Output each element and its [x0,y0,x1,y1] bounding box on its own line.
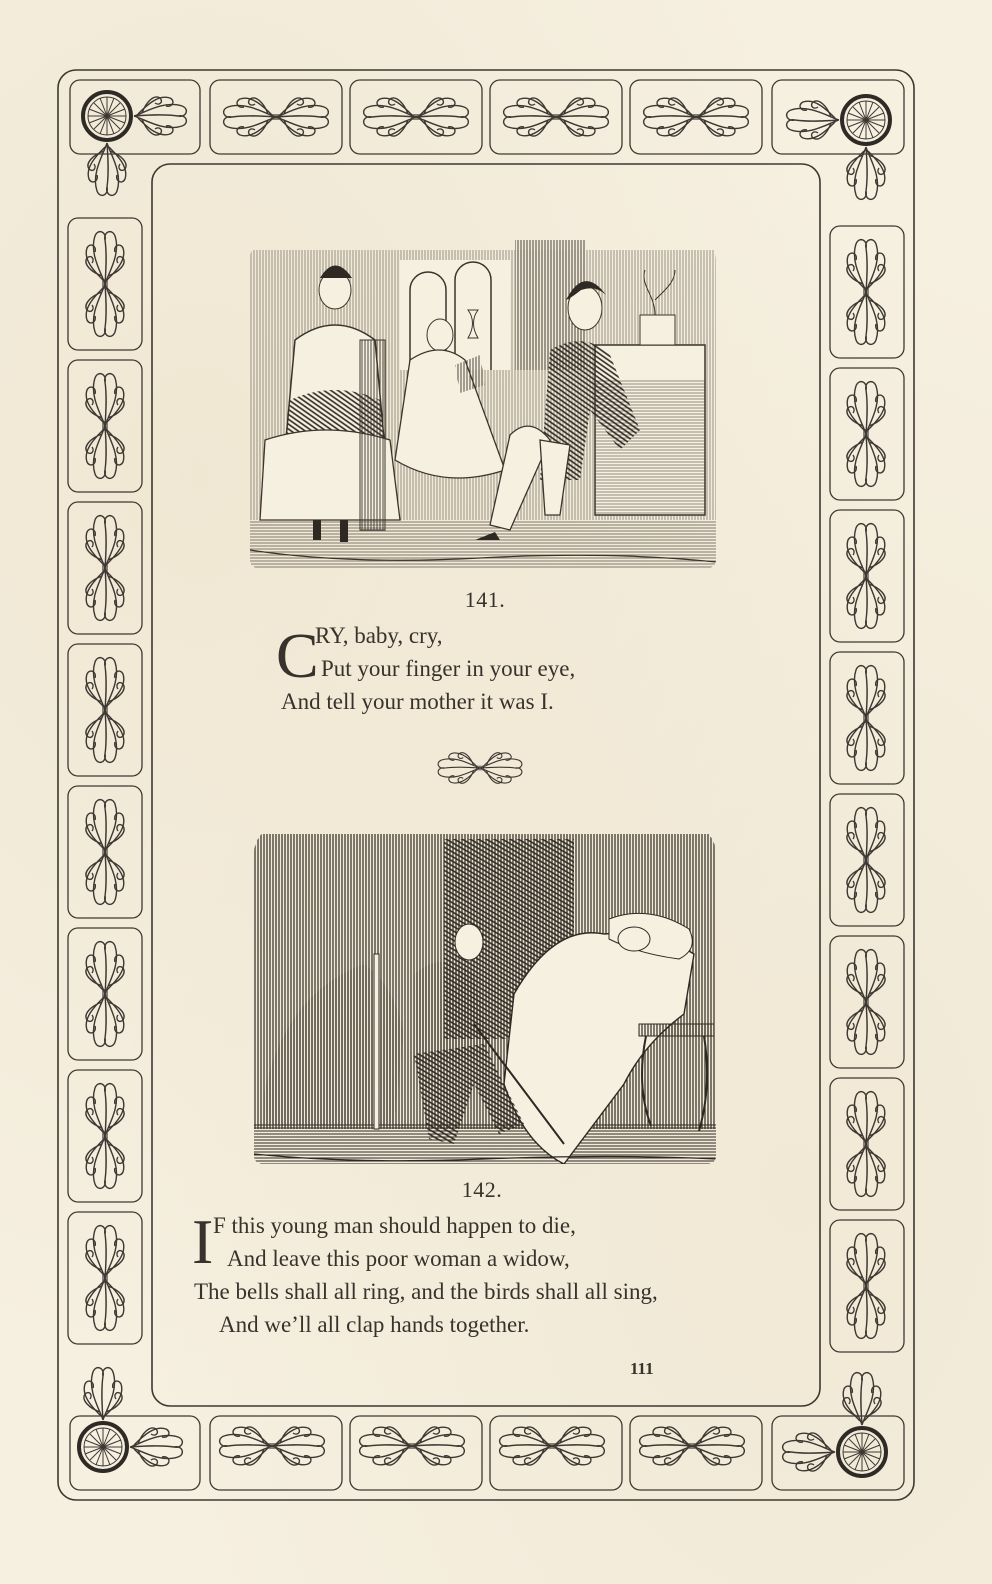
verse-line: And leave this poor woman a widow, [227,1243,570,1276]
corner-bottom-right [783,1373,886,1476]
verse-line: Put your finger in your eye, [321,653,575,686]
corner-top-right [787,96,890,199]
verse-line: And we’ll all clap hands together. [219,1309,529,1342]
corner-top-left [83,92,186,195]
verse-line: And tell your mother it was I. [281,686,554,719]
rhyme-number-142: 142. [382,1177,582,1203]
drop-cap: C [276,624,319,688]
verse-line: F this young man should happen to die, [213,1210,576,1243]
drop-cap: I [192,1210,213,1274]
corner-bottom-left [79,1368,182,1471]
divider-ornament [438,753,522,783]
illustration-141 [250,230,716,568]
woodcut-interior-icon [250,230,716,568]
page-number: 111 [630,1359,654,1379]
verse-line: The bells shall all ring, and the birds … [194,1276,658,1309]
illustration-142 [254,824,716,1164]
verse-line: RY, baby, cry, [315,620,443,653]
rhyme-number-141: 141. [385,587,585,613]
woodcut-sickbed-icon [254,824,716,1164]
